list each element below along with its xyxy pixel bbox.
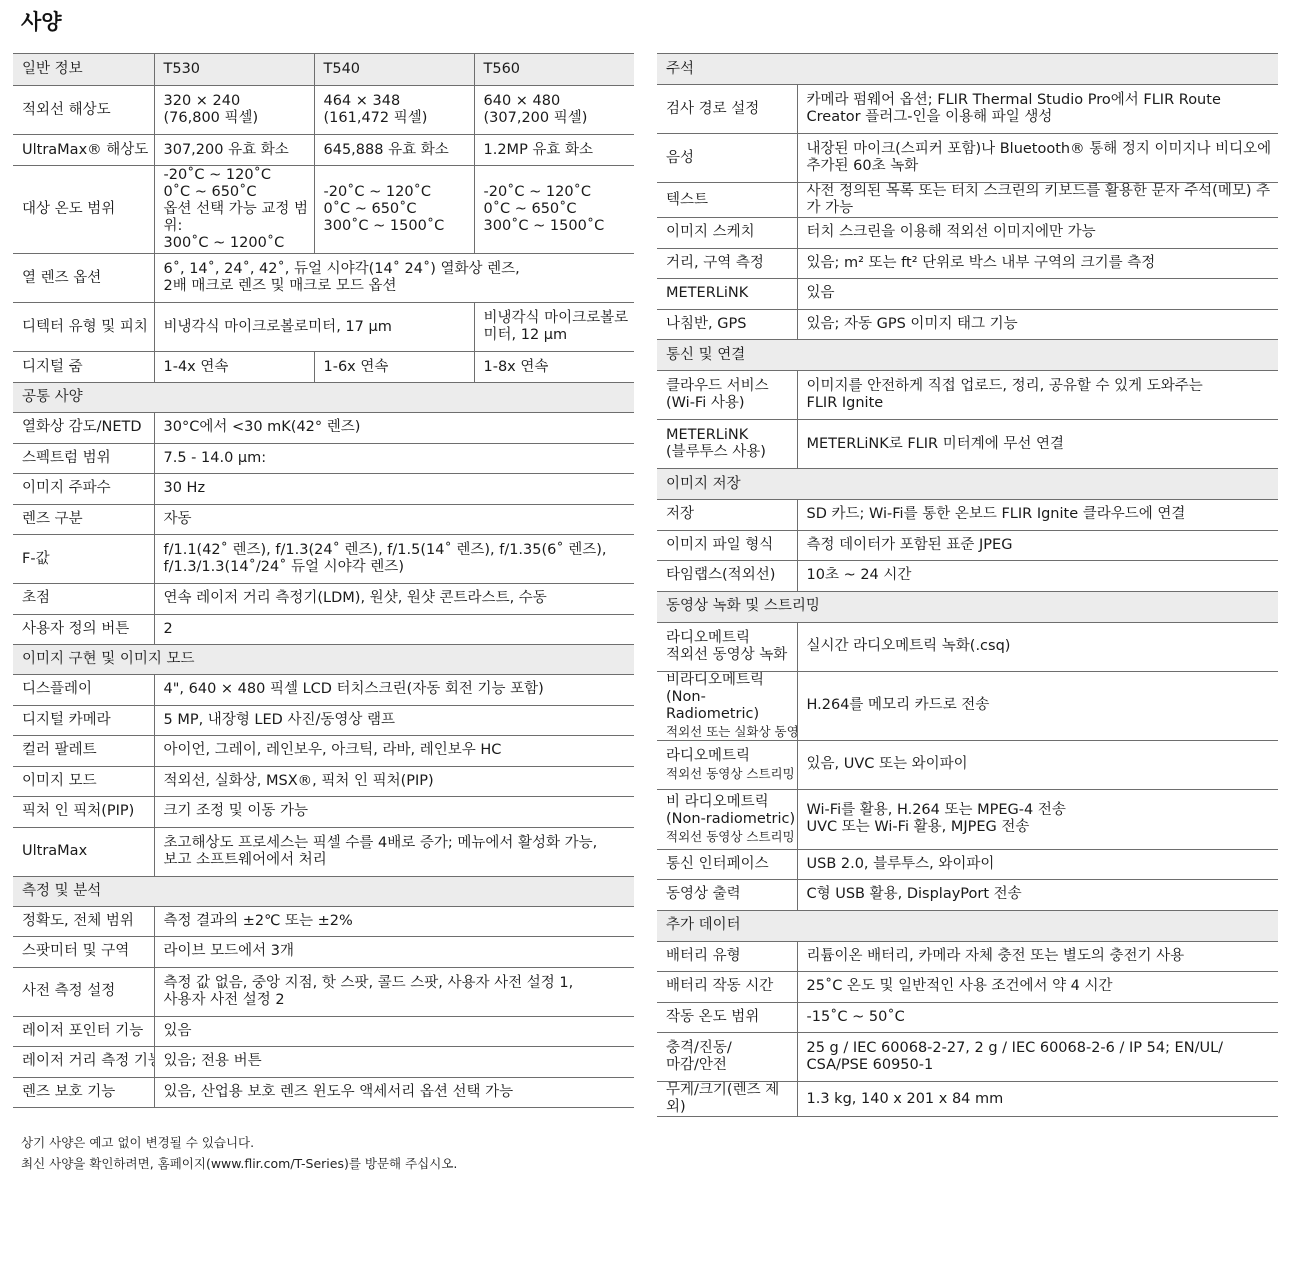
row-value: 있음 <box>797 279 1278 310</box>
row-label-text: 무게/크기(렌즈 제외) <box>666 1082 797 1116</box>
row-label: 통신 인터페이스 <box>657 849 797 880</box>
row-label: UltraMax® 해상도 <box>13 135 154 166</box>
row-label: 레이저 거리 측정 기능 <box>13 1047 154 1078</box>
table-header-row: 일반 정보T530T540T560 <box>13 54 634 86</box>
table-row: 배터리 유형리튬이온 배터리, 카메라 자체 충전 또는 별도의 충전기 사용 <box>657 941 1278 972</box>
row-label: 디지털 카메라 <box>13 705 154 736</box>
row-value: 7.5 - 14.0 μm: <box>154 443 634 474</box>
section-header: 주석 <box>657 54 1278 85</box>
row-value: METERLiNK로 FLIR 미터계에 무선 연결 <box>797 420 1278 469</box>
row-value: 실시간 라디오메트릭 녹화(.csq) <box>797 622 1278 671</box>
spec-table-left: 일반 정보T530T540T560적외선 해상도320 × 240 (76,80… <box>13 53 634 1108</box>
row-label-text: 거리, 구역 측정 <box>666 255 797 272</box>
row-value: -15˚C ~ 50˚C <box>797 1002 1278 1033</box>
row-label-text: 이미지 파일 형식 <box>666 537 797 554</box>
row-label: 컬러 팔레트 <box>13 736 154 767</box>
table-row: 작동 온도 범위-15˚C ~ 50˚C <box>657 1002 1278 1033</box>
row-label: 무게/크기(렌즈 제외) <box>657 1082 797 1117</box>
section-title: 주석 <box>657 54 1278 85</box>
section-title: 이미지 저장 <box>657 469 1278 500</box>
row-label-text: 라디오메트릭 적외선 동영상 녹화 <box>666 630 797 664</box>
table-row: UltraMax® 해상도307,200 유효 화소645,888 유효 화소1… <box>13 135 634 166</box>
table-row: 스팟미터 및 구역라이브 모드에서 3개 <box>13 937 634 968</box>
row-label: 디스플레이 <box>13 675 154 706</box>
table-row: 이미지 스케치터치 스크린을 이용해 적외선 이미지에만 가능 <box>657 218 1278 249</box>
row-value: C형 USB 활용, DisplayPort 전송 <box>797 880 1278 911</box>
row-value: 25˚C 온도 및 일반적인 사용 조건에서 약 4 시간 <box>797 972 1278 1003</box>
row-value: 사전 정의된 목록 또는 터치 스크린의 키보드를 활용한 문자 주석(메모) … <box>797 183 1278 218</box>
row-value: Wi-Fi를 활용, H.264 또는 MPEG-4 전송 UVC 또는 Wi-… <box>797 789 1278 849</box>
table-row: UltraMax초고해상도 프로세스는 픽셀 수를 4배로 증가; 메뉴에서 활… <box>13 827 634 876</box>
table-row: 비라디오메트릭 (Non-Radiometric)적외선 또는 실화상 동영상H… <box>657 671 1278 740</box>
section-title: 통신 및 연결 <box>657 340 1278 371</box>
row-value: 있음; 전용 버튼 <box>154 1047 634 1078</box>
row-label: 동영상 출력 <box>657 880 797 911</box>
table-row: 배터리 작동 시간25˚C 온도 및 일반적인 사용 조건에서 약 4 시간 <box>657 972 1278 1003</box>
section-title: 동영상 녹화 및 스트리밍 <box>657 591 1278 622</box>
row-label-subtext: 적외선 또는 실화상 동영상 <box>666 723 797 740</box>
table-row: METERLiNK (블루투스 사용)METERLiNK로 FLIR 미터계에 … <box>657 420 1278 469</box>
row-label-subtext: 적외선 동영상 스트리밍 <box>666 765 797 782</box>
row-label: 저장 <box>657 500 797 531</box>
row-label: 음성 <box>657 134 797 183</box>
section-title: 추가 데이터 <box>657 910 1278 941</box>
section-title: 측정 및 분석 <box>13 876 634 906</box>
table-row: 충격/진동/ 마감/안전25 g / IEC 60068-2-27, 2 g /… <box>657 1033 1278 1082</box>
row-value: 연속 레이저 거리 측정기(LDM), 원샷, 원샷 콘트라스트, 수동 <box>154 584 634 615</box>
row-value: -20˚C ~ 120˚C 0˚C ~ 650˚C 300˚C ~ 1500˚C <box>474 166 634 254</box>
row-value: 리튬이온 배터리, 카메라 자체 충전 또는 별도의 충전기 사용 <box>797 941 1278 972</box>
row-label-text: 배터리 유형 <box>666 948 797 965</box>
row-label: 레이저 포인터 기능 <box>13 1016 154 1047</box>
row-value: 아이언, 그레이, 레인보우, 아크틱, 라바, 레인보우 HC <box>154 736 634 767</box>
row-value: 645,888 유효 화소 <box>314 135 474 166</box>
table-row: 사전 측정 설정측정 값 없음, 중앙 지점, 핫 스팟, 콜드 스팟, 사용자… <box>13 967 634 1016</box>
row-label-text: 텍스트 <box>666 192 797 209</box>
row-value: 있음; 자동 GPS 이미지 태그 기능 <box>797 309 1278 340</box>
table-row: 디지털 줌1-4x 연속1-6x 연속1-8x 연속 <box>13 352 634 383</box>
table-row: 레이저 거리 측정 기능있음; 전용 버튼 <box>13 1047 634 1078</box>
page-title: 사양 <box>21 6 62 36</box>
row-label-text: 나침반, GPS <box>666 316 797 333</box>
row-value: 30 Hz <box>154 474 634 505</box>
row-label-text: 클라우드 서비스 (Wi-Fi 사용) <box>666 378 797 412</box>
row-label: 나침반, GPS <box>657 309 797 340</box>
row-label: 이미지 스케치 <box>657 218 797 249</box>
row-value: 크기 조정 및 이동 가능 <box>154 797 634 828</box>
row-label: 정확도, 전체 범위 <box>13 906 154 937</box>
row-label: F-값 <box>13 535 154 584</box>
row-label: 배터리 유형 <box>657 941 797 972</box>
section-header: 이미지 저장 <box>657 469 1278 500</box>
row-label: METERLiNK <box>657 279 797 310</box>
row-value: H.264를 메모리 카드로 전송 <box>797 671 1278 740</box>
row-label: 대상 온도 범위 <box>13 166 154 254</box>
row-value: 있음; m² 또는 ft² 단위로 박스 내부 구역의 크기를 측정 <box>797 248 1278 279</box>
row-label: 충격/진동/ 마감/안전 <box>657 1033 797 1082</box>
row-value: 2 <box>154 614 634 645</box>
row-value: 6˚, 14˚, 24˚, 42˚, 듀얼 시야각(14˚ 24˚) 열화상 렌… <box>154 254 634 303</box>
table-row: 스펙트럼 범위7.5 - 14.0 μm: <box>13 443 634 474</box>
table-row: 검사 경로 설정카메라 펌웨어 옵션; FLIR Thermal Studio … <box>657 85 1278 134</box>
row-label: 작동 온도 범위 <box>657 1002 797 1033</box>
table-row: 거리, 구역 측정있음; m² 또는 ft² 단위로 박스 내부 구역의 크기를… <box>657 248 1278 279</box>
table-row: 라디오메트릭적외선 동영상 스트리밍있음, UVC 또는 와이파이 <box>657 740 1278 789</box>
table-row: METERLiNK있음 <box>657 279 1278 310</box>
row-value: 320 × 240 (76,800 픽셀) <box>154 86 314 135</box>
row-value: -20˚C ~ 120˚C 0˚C ~ 650˚C 옵션 선택 가능 교정 범위… <box>154 166 314 254</box>
table-row: 통신 인터페이스USB 2.0, 블루투스, 와이파이 <box>657 849 1278 880</box>
header-general-info: 일반 정보 <box>13 54 154 86</box>
row-label: 이미지 주파수 <box>13 474 154 505</box>
row-label: 이미지 모드 <box>13 766 154 797</box>
table-row: 열 렌즈 옵션6˚, 14˚, 24˚, 42˚, 듀얼 시야각(14˚ 24˚… <box>13 254 634 303</box>
row-label: METERLiNK (블루투스 사용) <box>657 420 797 469</box>
row-value: 있음, UVC 또는 와이파이 <box>797 740 1278 789</box>
row-label: 스팟미터 및 구역 <box>13 937 154 968</box>
row-label: 디지털 줌 <box>13 352 154 383</box>
row-value: 1-4x 연속 <box>154 352 314 383</box>
row-label: UltraMax <box>13 827 154 876</box>
table-row: 디스플레이4", 640 × 480 픽셀 LCD 터치스크린(자동 회전 기능… <box>13 675 634 706</box>
section-header: 통신 및 연결 <box>657 340 1278 371</box>
row-value: 비냉각식 마이크로볼로미터, 17 μm <box>154 303 474 352</box>
table-row: 렌즈 보호 기능있음, 산업용 보호 렌즈 윈도우 액세서리 옵션 선택 가능 <box>13 1077 634 1108</box>
row-value: 5 MP, 내장형 LED 사진/동영상 램프 <box>154 705 634 736</box>
row-label-subtext: 적외선 동영상 스트리밍 <box>666 828 797 845</box>
row-value: 적외선, 실화상, MSX®, 픽처 인 픽처(PIP) <box>154 766 634 797</box>
row-value: 있음, 산업용 보호 렌즈 윈도우 액세서리 옵션 선택 가능 <box>154 1077 634 1108</box>
row-value: 307,200 유효 화소 <box>154 135 314 166</box>
row-value: 640 × 480 (307,200 픽셀) <box>474 86 634 135</box>
row-value: 464 × 348 (161,472 픽셀) <box>314 86 474 135</box>
row-label: 라디오메트릭 적외선 동영상 녹화 <box>657 622 797 671</box>
row-value: 4", 640 × 480 픽셀 LCD 터치스크린(자동 회전 기능 포함) <box>154 675 634 706</box>
row-value: SD 카드; Wi-Fi를 통한 온보드 FLIR Ignite 클라우드에 연… <box>797 500 1278 531</box>
row-label: 적외선 해상도 <box>13 86 154 135</box>
row-label: 사용자 정의 버튼 <box>13 614 154 645</box>
table-row: 이미지 파일 형식측정 데이터가 포함된 표준 JPEG <box>657 530 1278 561</box>
table-row: 나침반, GPS있음; 자동 GPS 이미지 태그 기능 <box>657 309 1278 340</box>
table-row: 대상 온도 범위-20˚C ~ 120˚C 0˚C ~ 650˚C 옵션 선택 … <box>13 166 634 254</box>
table-row: 디텍터 유형 및 피치비냉각식 마이크로볼로미터, 17 μm비냉각식 마이크로… <box>13 303 634 352</box>
table-row: 렌즈 구분자동 <box>13 504 634 535</box>
row-value: 터치 스크린을 이용해 적외선 이미지에만 가능 <box>797 218 1278 249</box>
table-row: 비 라디오메트릭 (Non-radiometric)적외선 동영상 스트리밍Wi… <box>657 789 1278 849</box>
row-label-text: 타임랩스(적외선) <box>666 567 797 584</box>
row-value: 자동 <box>154 504 634 535</box>
table-row: 적외선 해상도320 × 240 (76,800 픽셀)464 × 348 (1… <box>13 86 634 135</box>
table-row: 클라우드 서비스 (Wi-Fi 사용)이미지를 안전하게 직접 업로드, 정리,… <box>657 371 1278 420</box>
spec-table-right: 주석검사 경로 설정카메라 펌웨어 옵션; FLIR Thermal Studi… <box>657 53 1278 1117</box>
table-row: 타임랩스(적외선)10초 ~ 24 시간 <box>657 561 1278 592</box>
table-row: 디지털 카메라5 MP, 내장형 LED 사진/동영상 램프 <box>13 705 634 736</box>
row-label: 검사 경로 설정 <box>657 85 797 134</box>
row-label-text: METERLiNK (블루투스 사용) <box>666 427 797 461</box>
table-row: 저장SD 카드; Wi-Fi를 통한 온보드 FLIR Ignite 클라우드에… <box>657 500 1278 531</box>
row-value: 측정 결과의 ±2℃ 또는 ±2% <box>154 906 634 937</box>
table-row: 사용자 정의 버튼2 <box>13 614 634 645</box>
row-label: 렌즈 구분 <box>13 504 154 535</box>
header-model-t530: T530 <box>154 54 314 86</box>
row-label: 열 렌즈 옵션 <box>13 254 154 303</box>
row-label-text: 통신 인터페이스 <box>666 856 797 873</box>
row-label: 열화상 감도/NETD <box>13 413 154 444</box>
row-label: 거리, 구역 측정 <box>657 248 797 279</box>
row-value: 초고해상도 프로세스는 픽셀 수를 4배로 증가; 메뉴에서 활성화 가능, 보… <box>154 827 634 876</box>
header-model-t540: T540 <box>314 54 474 86</box>
footnote-website: 최신 사양을 확인하려면, 홈페이지(www.flir.com/T-Series… <box>21 1154 457 1172</box>
footnote-notice: 상기 사양은 예고 없이 변경될 수 있습니다. <box>21 1133 254 1151</box>
header-model-t560: T560 <box>474 54 634 86</box>
section-title: 공통 사양 <box>13 383 634 413</box>
row-value: 비냉각식 마이크로볼로 미터, 12 μm <box>474 303 634 352</box>
row-value: USB 2.0, 블루투스, 와이파이 <box>797 849 1278 880</box>
table-row: 동영상 출력C형 USB 활용, DisplayPort 전송 <box>657 880 1278 911</box>
row-label-text: 배터리 작동 시간 <box>666 978 797 995</box>
table-row: 음성내장된 마이크(스피커 포함)나 Bluetooth® 통해 정지 이미지나… <box>657 134 1278 183</box>
row-label-text: METERLiNK <box>666 285 797 302</box>
row-label: 디텍터 유형 및 피치 <box>13 303 154 352</box>
table-row: 이미지 주파수30 Hz <box>13 474 634 505</box>
row-label: 스펙트럼 범위 <box>13 443 154 474</box>
row-value: 카메라 펌웨어 옵션; FLIR Thermal Studio Pro에서 FL… <box>797 85 1278 134</box>
row-label: 이미지 파일 형식 <box>657 530 797 561</box>
row-value: 30°C에서 <30 mK(42° 렌즈) <box>154 413 634 444</box>
row-label-text: 이미지 스케치 <box>666 224 797 241</box>
table-row: 열화상 감도/NETD30°C에서 <30 mK(42° 렌즈) <box>13 413 634 444</box>
table-row: 이미지 모드적외선, 실화상, MSX®, 픽처 인 픽처(PIP) <box>13 766 634 797</box>
row-value: 25 g / IEC 60068-2-27, 2 g / IEC 60068-2… <box>797 1033 1278 1082</box>
section-title: 이미지 구현 및 이미지 모드 <box>13 645 634 675</box>
row-value: f/1.1(42˚ 렌즈), f/1.3(24˚ 렌즈), f/1.5(14˚ … <box>154 535 634 584</box>
row-label-text: 음성 <box>666 150 797 167</box>
table-row: 라디오메트릭 적외선 동영상 녹화실시간 라디오메트릭 녹화(.csq) <box>657 622 1278 671</box>
row-label: 비라디오메트릭 (Non-Radiometric)적외선 또는 실화상 동영상 <box>657 671 797 740</box>
table-row: 초점연속 레이저 거리 측정기(LDM), 원샷, 원샷 콘트라스트, 수동 <box>13 584 634 615</box>
row-value: 측정 데이터가 포함된 표준 JPEG <box>797 530 1278 561</box>
section-header: 공통 사양 <box>13 383 634 413</box>
table-row: F-값f/1.1(42˚ 렌즈), f/1.3(24˚ 렌즈), f/1.5(1… <box>13 535 634 584</box>
row-label-text: 작동 온도 범위 <box>666 1009 797 1026</box>
row-label-text: 충격/진동/ 마감/안전 <box>666 1040 797 1074</box>
section-header: 추가 데이터 <box>657 910 1278 941</box>
section-header: 동영상 녹화 및 스트리밍 <box>657 591 1278 622</box>
row-label: 픽처 인 픽처(PIP) <box>13 797 154 828</box>
table-row: 픽처 인 픽처(PIP)크기 조정 및 이동 가능 <box>13 797 634 828</box>
row-label: 렌즈 보호 기능 <box>13 1077 154 1108</box>
row-value: 1.2MP 유효 화소 <box>474 135 634 166</box>
row-value: -20˚C ~ 120˚C 0˚C ~ 650˚C 300˚C ~ 1500˚C <box>314 166 474 254</box>
row-value: 라이브 모드에서 3개 <box>154 937 634 968</box>
table-row: 레이저 포인터 기능있음 <box>13 1016 634 1047</box>
row-value: 내장된 마이크(스피커 포함)나 Bluetooth® 통해 정지 이미지나 비… <box>797 134 1278 183</box>
row-label: 사전 측정 설정 <box>13 967 154 1016</box>
row-label-text: 동영상 출력 <box>666 886 797 903</box>
row-value: 이미지를 안전하게 직접 업로드, 정리, 공유할 수 있게 도와주는 FLIR… <box>797 371 1278 420</box>
table-row: 무게/크기(렌즈 제외)1.3 kg, 140 x 201 x 84 mm <box>657 1082 1278 1117</box>
row-label-text: 저장 <box>666 506 797 523</box>
row-label-text: 비 라디오메트릭 (Non-radiometric) <box>666 794 797 828</box>
row-value: 1.3 kg, 140 x 201 x 84 mm <box>797 1082 1278 1117</box>
row-value: 1-6x 연속 <box>314 352 474 383</box>
table-row: 컬러 팔레트아이언, 그레이, 레인보우, 아크틱, 라바, 레인보우 HC <box>13 736 634 767</box>
row-value: 있음 <box>154 1016 634 1047</box>
section-header: 측정 및 분석 <box>13 876 634 906</box>
row-label-text: 비라디오메트릭 (Non-Radiometric) <box>666 672 797 723</box>
table-row: 텍스트사전 정의된 목록 또는 터치 스크린의 키보드를 활용한 문자 주석(메… <box>657 183 1278 218</box>
row-label: 배터리 작동 시간 <box>657 972 797 1003</box>
row-label: 라디오메트릭적외선 동영상 스트리밍 <box>657 740 797 789</box>
row-value: 측정 값 없음, 중앙 지점, 핫 스팟, 콜드 스팟, 사용자 사전 설정 1… <box>154 967 634 1016</box>
row-value: 10초 ~ 24 시간 <box>797 561 1278 592</box>
row-label: 타임랩스(적외선) <box>657 561 797 592</box>
row-label: 비 라디오메트릭 (Non-radiometric)적외선 동영상 스트리밍 <box>657 789 797 849</box>
row-label-text: 라디오메트릭 <box>666 748 797 765</box>
section-header: 이미지 구현 및 이미지 모드 <box>13 645 634 675</box>
row-label-text: 검사 경로 설정 <box>666 101 797 118</box>
row-label: 초점 <box>13 584 154 615</box>
row-label: 클라우드 서비스 (Wi-Fi 사용) <box>657 371 797 420</box>
row-value: 1-8x 연속 <box>474 352 634 383</box>
table-row: 정확도, 전체 범위측정 결과의 ±2℃ 또는 ±2% <box>13 906 634 937</box>
row-label: 텍스트 <box>657 183 797 218</box>
